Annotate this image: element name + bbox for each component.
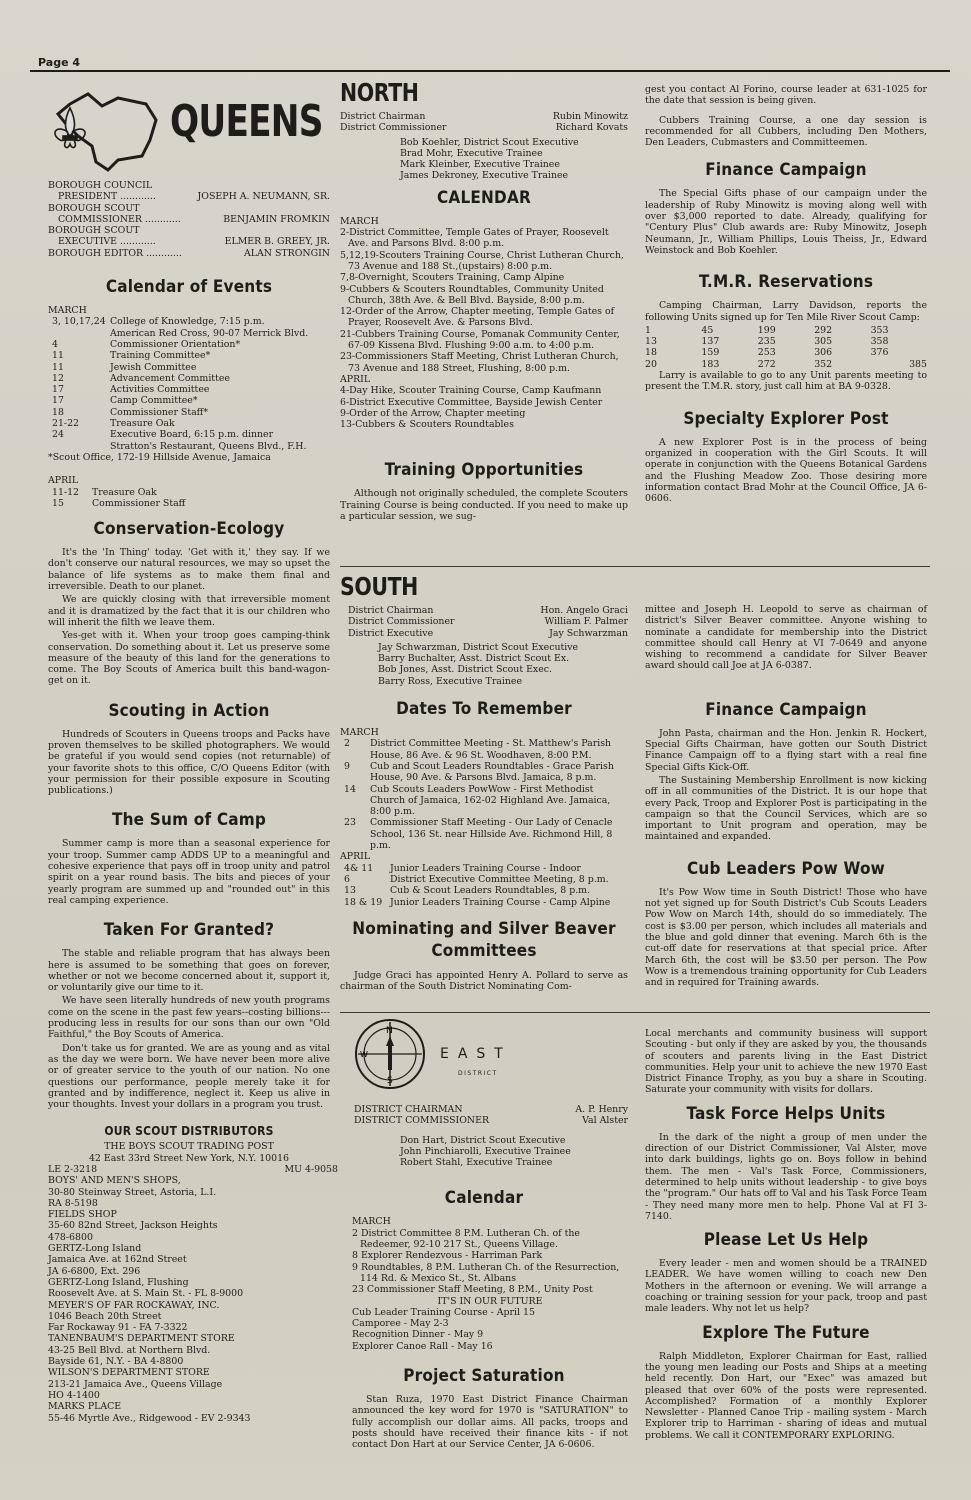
officer-title: PRESIDENT ............: [58, 191, 156, 202]
east-officers: DISTRICT CHAIRMANA. P. HenryDISTRICT COM…: [340, 1104, 628, 1127]
unit-number: 306: [814, 347, 870, 358]
paragraph: We have seen literally hundreds of new y…: [48, 995, 330, 1040]
sum-of-camp-body: Summer camp is more than a seasonal expe…: [48, 838, 330, 906]
future-label: IT'S IN OUR FUTURE: [352, 1296, 628, 1307]
event-date: [48, 328, 110, 339]
officer-row: PRESIDENT ............JOSEPH A. NEUMANN,…: [48, 191, 330, 202]
officer-row: BOROUGH EDITOR ............ALAN STRONGIN: [48, 248, 330, 259]
list-item: 2 District Committee 8 P.M. Lutheran Ch.…: [352, 1228, 628, 1251]
list-item: JA 6-6800, Ext. 296: [48, 1266, 330, 1277]
help-body: Every leader - men and women should be a…: [645, 1258, 927, 1314]
list-item: 12-Order of the Arrow, Chapter meeting, …: [340, 306, 628, 329]
paragraph: In the dark of the night a group of men …: [645, 1132, 927, 1222]
event-date: 21-22: [48, 418, 110, 429]
list-item: 7,8-Overnight, Scouters Training, Camp A…: [340, 272, 628, 283]
event-date: 18 & 19: [340, 897, 390, 908]
scouting-action-heading: Scouting in Action: [48, 701, 330, 721]
event-text: Cub & Scout Leaders Roundtables, 8 p.m.: [390, 885, 590, 896]
top-rule: [30, 70, 950, 72]
calendar-event: 21-22Treasure Oak: [48, 418, 330, 429]
calendar-event: 18 & 19Junior Leaders Training Course - …: [340, 897, 628, 908]
list-item: 478-6800: [48, 1232, 330, 1243]
task-force-body: In the dark of the night a group of men …: [645, 1132, 927, 1222]
list-item: Brad Mohr, Executive Trainee: [400, 148, 628, 159]
officer-name: William F. Palmer: [545, 616, 628, 627]
event-text: Cub and Scout Leaders Roundtables - Grac…: [370, 761, 628, 784]
calendar-event: 11-12Treasure Oak: [48, 487, 330, 498]
event-date: 11: [48, 362, 110, 373]
paragraph: Stan Ruza, 1970 East District Finance Ch…: [352, 1394, 628, 1450]
officer-row: DISTRICT COMMISSIONERVal Alster: [354, 1115, 628, 1126]
calendar-event: 2District Committee Meeting - St. Matthe…: [340, 738, 628, 761]
unit-number: 45: [701, 325, 757, 336]
calendar-event: 6District Executive Committee Meeting, 8…: [340, 874, 628, 885]
paragraph: Ralph Middleton, Explorer Chairman for E…: [645, 1351, 927, 1441]
list-item: John Pinchiarolli, Executive Trainee: [400, 1146, 628, 1157]
unit-number: 1: [645, 325, 701, 336]
paragraph: Camping Chairman, Larry Davidson, report…: [645, 300, 927, 323]
officer-role: District Commissioner: [340, 122, 447, 133]
north-finance-body: The Special Gifts phase of our campaign …: [645, 188, 927, 256]
paragraph: The Sustaining Membership Enrollment is …: [645, 775, 927, 843]
paragraph: It's Pow Wow time in South District! Tho…: [645, 887, 927, 989]
list-item: Robert Stahl, Executive Trainee: [400, 1157, 628, 1168]
paragraph: Judge Graci has appointed Henry A. Polla…: [340, 970, 628, 993]
east-staff: Don Hart, District Scout ExecutiveJohn P…: [340, 1135, 628, 1169]
event-date: 15: [48, 498, 92, 509]
list-item: MARKS PLACE: [48, 1401, 330, 1412]
north-calendar-heading: CALENDAR: [340, 188, 628, 208]
north-finance-heading: Finance Campaign: [645, 160, 927, 180]
north-calendar: MARCH 2-District Committee, Temple Gates…: [340, 216, 628, 431]
event-date: 11-12: [48, 487, 92, 498]
paragraph: gest you contact Al Forino, course leade…: [645, 84, 927, 107]
officer-name: ELMER B. GREEY, JR.: [225, 236, 330, 247]
event-text: Advancement Committee: [110, 373, 230, 384]
calendar-event: 14Cub Scouts Leaders PowWow - First Meth…: [340, 784, 628, 818]
officer-title: COMMISSIONER ............: [58, 214, 181, 225]
north-staff: Bob Koehler, District Scout ExecutiveBra…: [340, 137, 628, 182]
event-text: Treasure Oak: [92, 487, 157, 498]
paragraph: Don't take us for granted. We are as you…: [48, 1043, 330, 1111]
calendar-event: 13Cub & Scout Leaders Roundtables, 8 p.m…: [340, 885, 628, 896]
saturation-heading: Project Saturation: [340, 1366, 628, 1386]
sum-of-camp-heading: The Sum of Camp: [48, 810, 330, 830]
unit-number: 353: [871, 325, 927, 336]
east-calendar-heading: Calendar: [340, 1188, 628, 1208]
south-officers: District ChairmanHon. Angelo GraciDistri…: [340, 605, 628, 639]
explorer-post-body: A new Explorer Post is in the process of…: [645, 437, 927, 505]
list-item: Bob Jones, Asst. District Scout Exec.: [378, 664, 628, 675]
event-date: 17: [48, 384, 110, 395]
north-title: NORTH: [340, 78, 576, 107]
saturation-body-continued: Local merchants and community business w…: [645, 1028, 927, 1096]
unit-number: 235: [758, 336, 814, 347]
event-date: 13: [340, 885, 390, 896]
event-text: District Committee Meeting - St. Matthew…: [370, 738, 628, 761]
officer-title: EXECUTIVE ............: [58, 236, 156, 247]
calendar-event: 18Commissioner Staff*: [48, 407, 330, 418]
officer-row: District ChairmanHon. Angelo Graci: [348, 605, 628, 616]
paragraph: The Special Gifts phase of our campaign …: [645, 188, 927, 256]
list-item: 2-District Committee, Temple Gates of Pr…: [340, 227, 628, 250]
list-item: Barry Buchalter, Asst. District Scout Ex…: [378, 653, 628, 664]
month-label: APRIL: [48, 475, 330, 486]
calendar-event: 4Commissioner Orientation*: [48, 339, 330, 350]
list-item: James Dekroney, Executive Trainee: [400, 170, 628, 181]
list-item: Far Rockaway 91 - FA 7-3322: [48, 1322, 330, 1333]
svg-text:S: S: [387, 1076, 393, 1086]
unit-number: 13: [645, 336, 701, 347]
taken-for-granted-heading: Taken For Granted?: [48, 920, 330, 940]
calendar-event: 17Camp Committee*: [48, 395, 330, 406]
officer-name: ALAN STRONGIN: [244, 248, 330, 259]
south-title: SOUTH: [340, 572, 576, 601]
queens-map-fleur-de-lis-icon: [48, 84, 168, 174]
event-text: Commissioner Staff*: [110, 407, 208, 418]
queens-masthead: QUEENS: [48, 78, 330, 180]
scouting-action-body: Hundreds of Scouters in Queens troops an…: [48, 729, 330, 797]
unit-number: 352: [814, 359, 870, 370]
list-item: 8 Explorer Rendezvous - Harriman Park: [352, 1250, 628, 1261]
event-text: Cub Scouts Leaders PowWow - First Method…: [370, 784, 628, 818]
tmr-body: Camping Chairman, Larry Davidson, report…: [645, 300, 927, 392]
unit-number: 18: [645, 347, 701, 358]
list-item: 4-Day Hike, Scouter Training Course, Cam…: [340, 385, 628, 396]
page-number: Page 4: [38, 56, 80, 69]
explorer-post-heading: Specialty Explorer Post: [645, 409, 927, 429]
list-item: Don Hart, District Scout Executive: [400, 1135, 628, 1146]
distributor-address: 42 East 33rd Street New York, N.Y. 10016: [48, 1153, 330, 1164]
task-force-heading: Task Force Helps Units: [645, 1104, 927, 1124]
tmr-heading: T.M.R. Reservations: [645, 272, 927, 292]
officer-name: Rubin Minowitz: [553, 111, 628, 122]
unit-number: 305: [814, 336, 870, 347]
phone: LE 2-3218: [48, 1164, 97, 1175]
list-item: Cub Leader Training Course - April 15: [352, 1307, 628, 1318]
list-item: 9-Cubbers & Scouters Roundtables, Commun…: [340, 284, 628, 307]
list-item: WILSON'S DEPARTMENT STORE: [48, 1367, 330, 1378]
list-item: MEYER'S OF FAR ROCKAWAY, INC.: [48, 1300, 330, 1311]
event-date: 9: [340, 761, 370, 784]
officer-role: BOROUGH SCOUT: [48, 203, 330, 214]
event-date: 23: [340, 817, 370, 851]
paragraph: It's the 'In Thing' today. 'Get with it,…: [48, 547, 330, 592]
calendar-event: 9Cub and Scout Leaders Roundtables - Gra…: [340, 761, 628, 784]
list-item: TANENBAUM'S DEPARTMENT STORE: [48, 1333, 330, 1344]
unit-number: 137: [701, 336, 757, 347]
list-item: 1046 Beach 20th Street: [48, 1311, 330, 1322]
list-item: GERTZ-Long Island, Flushing: [48, 1277, 330, 1288]
paragraph: Summer camp is more than a seasonal expe…: [48, 838, 330, 906]
south-column: SOUTH District ChairmanHon. Angelo Graci…: [340, 572, 628, 994]
list-item: HO 4-1400: [48, 1390, 330, 1401]
list-item: Jay Schwarzman, District Scout Executive: [378, 642, 628, 653]
month-label: APRIL: [340, 851, 628, 862]
paragraph: John Pasta, chairman and the Hon. Jenkin…: [645, 728, 927, 773]
newspaper-page: Page 4 QUEENS BOROUGH COUNCILPRESIDENT .…: [0, 0, 971, 1500]
training-body: Although not originally scheduled, the c…: [340, 488, 628, 522]
training-body-continued: gest you contact Al Forino, course leade…: [645, 84, 927, 148]
event-text: American Red Cross, 90-07 Merrick Blvd.: [110, 328, 308, 339]
south-column-continued: mittee and Joseph H. Leopold to serve as…: [645, 604, 927, 990]
officer-row: EXECUTIVE ............ELMER B. GREEY, JR…: [48, 236, 330, 247]
east-logo-sub: DISTRICT: [458, 1070, 498, 1077]
compass-icon: N S W: [352, 1016, 428, 1092]
list-item: 9 Roundtables, 8 P.M. Lutheran Ch. of th…: [352, 1262, 628, 1285]
tmr-units-table: 1451992923531313723530535818159253306376…: [645, 325, 927, 370]
help-heading: Please Let Us Help: [645, 1230, 927, 1250]
section-divider: [340, 1012, 930, 1013]
south-finance-heading: Finance Campaign: [645, 700, 927, 720]
list-item: 13-Cubbers & Scouters Roundtables: [340, 419, 628, 430]
officer-name: Hon. Angelo Graci: [540, 605, 628, 616]
list-item: RA 8-5198: [48, 1198, 330, 1209]
event-text: Camp Committee*: [110, 395, 198, 406]
officer-row: District CommissionerRichard Kovats: [340, 122, 628, 133]
officer-name: A. P. Henry: [575, 1104, 628, 1115]
event-date: 18: [48, 407, 110, 418]
event-text: College of Knowledge, 7:15 p.m.: [110, 316, 265, 327]
list-item: 35-60 82nd Street, Jackson Heights: [48, 1220, 330, 1231]
calendar-footnote: *Scout Office, 172-19 Hillside Avenue, J…: [48, 452, 330, 463]
unit-number: 358: [871, 336, 927, 347]
event-text: Training Committee*: [110, 350, 210, 361]
distributor-header: THE BOYS SCOUT TRADING POST: [48, 1141, 330, 1152]
calendar-of-events-heading: Calendar of Events: [48, 277, 330, 297]
list-item: BOYS' AND MEN'S SHOPS,: [48, 1175, 330, 1186]
list-item: 55-46 Myrtle Ave., Ridgewood - EV 2-9343: [48, 1413, 330, 1424]
officer-row: District ChairmanRubin Minowitz: [340, 111, 628, 122]
officer-name: Richard Kovats: [556, 122, 628, 133]
event-date: 17: [48, 395, 110, 406]
east-logo-word: EAST: [440, 1046, 512, 1062]
officer-role: DISTRICT CHAIRMAN: [354, 1104, 463, 1115]
month-label: APRIL: [340, 374, 628, 385]
event-date: 24: [48, 429, 110, 440]
paragraph: Although not originally scheduled, the c…: [340, 488, 628, 522]
calendar-event: 3, 10,17,24College of Knowledge, 7:15 p.…: [48, 316, 330, 327]
unit-number: 272: [758, 359, 814, 370]
explore-future-body: Ralph Middleton, Explorer Chairman for E…: [645, 1351, 927, 1441]
officer-role: BOROUGH SCOUT: [48, 225, 330, 236]
officer-role: District Commissioner: [348, 616, 455, 627]
distributors-heading: OUR SCOUT DISTRIBUTORS: [48, 1124, 330, 1138]
explore-future-heading: Explore The Future: [645, 1323, 927, 1343]
taken-for-granted-body: The stable and reliable program that has…: [48, 948, 330, 1110]
calendar-event: 24Executive Board, 6:15 p.m. dinner: [48, 429, 330, 440]
calendar-event: 11Jewish Committee: [48, 362, 330, 373]
phone: MU 4-9058: [285, 1164, 338, 1175]
powwow-heading: Cub Leaders Pow Wow: [645, 859, 927, 879]
north-column: NORTH District ChairmanRubin MinowitzDis…: [340, 78, 628, 522]
event-text: Jewish Committee: [110, 362, 196, 373]
north-officers: District ChairmanRubin MinowitzDistrict …: [340, 111, 628, 134]
powwow-body: It's Pow Wow time in South District! Tho…: [645, 887, 927, 989]
list-item: 6-District Executive Committee, Bayside …: [340, 397, 628, 408]
list-item: Explorer Canoe Rall - May 16: [352, 1341, 628, 1352]
distributors-list: THE BOYS SCOUT TRADING POST 42 East 33rd…: [48, 1141, 330, 1423]
calendar-event: 11Training Committee*: [48, 350, 330, 361]
nominating-heading: Nominating and Silver Beaver Committees: [340, 918, 628, 962]
paragraph: Local merchants and community business w…: [645, 1028, 927, 1096]
list-item: 5,12,19-Scouters Training Course, Christ…: [340, 250, 628, 273]
event-date: 4: [48, 339, 110, 350]
list-item: 43-25 Bell Blvd. at Northern Blvd.: [48, 1345, 330, 1356]
unit-number: 183: [701, 359, 757, 370]
paragraph: The stable and reliable program that has…: [48, 948, 330, 993]
calendar-event: American Red Cross, 90-07 Merrick Blvd.: [48, 328, 330, 339]
officer-name: BENJAMIN FROMKIN: [223, 214, 330, 225]
unit-number: 376: [871, 347, 927, 358]
unit-number: 199: [758, 325, 814, 336]
calendar-event: 15Commissioner Staff: [48, 498, 330, 509]
list-item: Bayside 61, N.Y. - BA 4-8800: [48, 1356, 330, 1367]
calendar-event: 17Activities Committee: [48, 384, 330, 395]
list-item: Barry Ross, Executive Trainee: [378, 676, 628, 687]
officer-name: Val Alster: [582, 1115, 628, 1126]
event-text: Junior Leaders Training Course - Camp Al…: [390, 897, 610, 908]
east-column-continued: Local merchants and community business w…: [645, 1028, 927, 1443]
east-logo: N S W EAST DISTRICT: [340, 1016, 628, 1094]
event-date: 2: [340, 738, 370, 761]
list-item: 23 Commissioner Staff Meeting, 8 P.M., U…: [352, 1284, 628, 1295]
paragraph: Yes-get with it. When your troop goes ca…: [48, 630, 330, 686]
distributor-phones: LE 2-3218 MU 4-9058: [48, 1164, 338, 1175]
event-text: Activities Committee: [110, 384, 209, 395]
svg-text:W: W: [360, 1050, 368, 1059]
event-text: Commissioner Staff: [92, 498, 185, 509]
list-item: Mark Kleinber, Executive Trainee: [400, 159, 628, 170]
month-label: MARCH: [48, 305, 330, 316]
unit-number: 385: [871, 359, 927, 370]
event-text: Commissioner Orientation*: [110, 339, 240, 350]
officer-role: District Chairman: [348, 605, 433, 616]
event-text: Executive Board, 6:15 p.m. dinner: [110, 429, 273, 440]
unit-number: 253: [758, 347, 814, 358]
list-item: 21-Cubbers Training Course, Pomanak Comm…: [340, 329, 628, 352]
event-date: 12: [48, 373, 110, 384]
officer-name: Jay Schwarzman: [549, 628, 628, 639]
queens-calendar: MARCH 3, 10,17,24College of Knowledge, 7…: [48, 305, 330, 509]
queens-officers: BOROUGH COUNCILPRESIDENT ............JOS…: [48, 180, 330, 259]
south-finance-body: John Pasta, chairman and the Hon. Jenkin…: [645, 728, 927, 843]
officer-title: BOROUGH EDITOR ............: [48, 248, 182, 259]
list-item: 213-21 Jamaica Ave., Queens Village: [48, 1379, 330, 1390]
unit-number: 159: [701, 347, 757, 358]
list-item: Jamaica Ave. at 162nd Street: [48, 1254, 330, 1265]
unit-number: 292: [814, 325, 870, 336]
conservation-body: It's the 'In Thing' today. 'Get with it,…: [48, 547, 330, 687]
list-item: Camporee - May 2-3: [352, 1318, 628, 1329]
event-date: 6: [340, 874, 390, 885]
east-calendar: MARCH 2 District Committee 8 P.M. Luther…: [340, 1216, 628, 1352]
list-item: GERTZ-Long Island: [48, 1243, 330, 1254]
paragraph: A new Explorer Post is in the process of…: [645, 437, 927, 505]
event-text: Commissioner Staff Meeting - Our Lady of…: [370, 817, 628, 851]
event-date: [48, 441, 110, 452]
nominating-body-continued: mittee and Joseph H. Leopold to serve as…: [645, 604, 927, 672]
calendar-event: 4& 11Junior Leaders Training Course - In…: [340, 863, 628, 874]
calendar-event: 23Commissioner Staff Meeting - Our Lady …: [340, 817, 628, 851]
calendar-event: Stratton's Restaurant, Queens Blvd., F.H…: [48, 441, 330, 452]
officer-row: District ExecutiveJay Schwarzman: [348, 628, 628, 639]
officer-name: JOSEPH A. NEUMANN, SR.: [198, 191, 330, 202]
officer-role: District Executive: [348, 628, 433, 639]
east-column: N S W EAST DISTRICT DISTRICT CHAIRMANA. …: [340, 1016, 628, 1453]
officer-role: DISTRICT COMMISSIONER: [354, 1115, 489, 1126]
officer-row: COMMISSIONER ............BENJAMIN FROMKI…: [48, 214, 330, 225]
paragraph: mittee and Joseph H. Leopold to serve as…: [645, 604, 927, 672]
queens-title: QUEENS: [170, 96, 323, 147]
queens-column: QUEENS BOROUGH COUNCILPRESIDENT ........…: [48, 78, 330, 1424]
event-date: 11: [48, 350, 110, 361]
nominating-body: Judge Graci has appointed Henry A. Polla…: [340, 970, 628, 993]
list-item: Recognition Dinner - May 9: [352, 1329, 628, 1340]
list-item: 9-Order of the Arrow, Chapter meeting: [340, 408, 628, 419]
paragraph: Larry is available to go to any Unit par…: [645, 370, 927, 393]
officer-row: DISTRICT CHAIRMANA. P. Henry: [354, 1104, 628, 1115]
paragraph: We are quickly closing with that irrever…: [48, 594, 330, 628]
event-text: Junior Leaders Training Course - Indoor: [390, 863, 581, 874]
month-label: MARCH: [340, 216, 628, 227]
event-date: 14: [340, 784, 370, 818]
calendar-event: 12Advancement Committee: [48, 373, 330, 384]
conservation-heading: Conservation-Ecology: [48, 519, 330, 539]
event-text: District Executive Committee Meeting, 8 …: [390, 874, 609, 885]
list-item: Roosevelt Ave. at S. Main St. - FL 8-900…: [48, 1288, 330, 1299]
paragraph: Hundreds of Scouters in Queens troops an…: [48, 729, 330, 797]
section-divider: [340, 566, 930, 567]
event-date: 4& 11: [340, 863, 390, 874]
list-item: 30-80 Steinway Street, Astoria, L.I.: [48, 1187, 330, 1198]
dates-to-remember-heading: Dates To Remember: [340, 699, 628, 719]
list-item: 23-Commissioners Staff Meeting, Christ L…: [340, 351, 628, 374]
south-staff: Jay Schwarzman, District Scout Executive…: [340, 642, 628, 687]
list-item: FIELDS SHOP: [48, 1209, 330, 1220]
svg-text:N: N: [386, 1026, 393, 1036]
paragraph: Cubbers Training Course, a one day sessi…: [645, 115, 927, 149]
officer-row: District CommissionerWilliam F. Palmer: [348, 616, 628, 627]
event-text: Stratton's Restaurant, Queens Blvd., F.H…: [110, 441, 306, 452]
unit-number: 20: [645, 359, 701, 370]
south-calendar: MARCH 2District Committee Meeting - St. …: [340, 727, 628, 908]
month-label: MARCH: [340, 727, 628, 738]
list-item: Bob Koehler, District Scout Executive: [400, 137, 628, 148]
paragraph: Every leader - men and women should be a…: [645, 1258, 927, 1314]
saturation-body: Stan Ruza, 1970 East District Finance Ch…: [340, 1394, 628, 1450]
north-column-continued: gest you contact Al Forino, course leade…: [645, 84, 927, 506]
officer-role: District Chairman: [340, 111, 425, 122]
training-heading: Training Opportunities: [340, 460, 628, 480]
event-date: 3, 10,17,24: [48, 316, 110, 327]
event-text: Treasure Oak: [110, 418, 175, 429]
month-label: MARCH: [352, 1216, 628, 1227]
officer-role: BOROUGH COUNCIL: [48, 180, 330, 191]
